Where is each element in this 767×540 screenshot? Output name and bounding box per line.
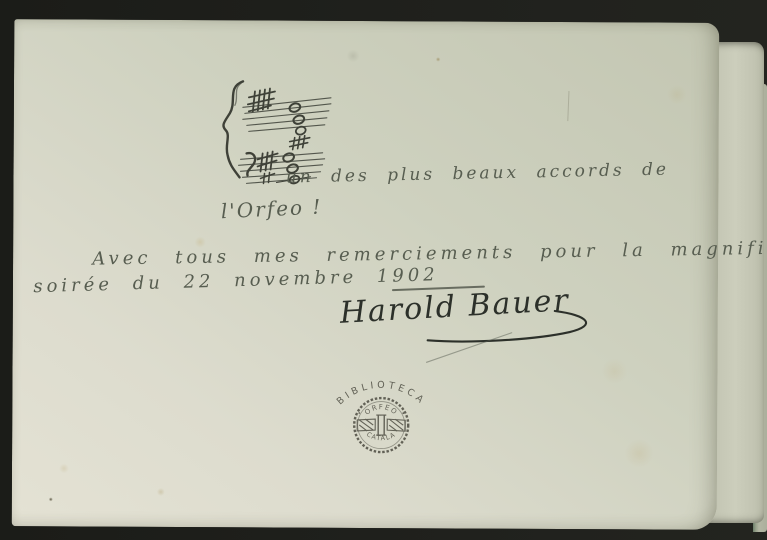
library-stamp: BIBLIOTECA ORFEO CATALA [321,372,446,483]
sharp-signs-upper [248,88,275,111]
inscription-line-1: un des plus beaux accords de [286,160,670,188]
signature-flourish [329,296,609,372]
scratch-mark [567,91,569,121]
stamp-seal-bottom-text: CATALA [365,430,397,442]
photo-frame: un des plus beaux accords de l'Orfeo ! A… [0,0,767,540]
stamp-seal: ORFEO CATALA [354,398,408,452]
album-page: un des plus beaux accords de l'Orfeo ! A… [12,19,720,530]
inscription-line-2: l'Orfeo ! [220,194,323,223]
stamp-emblem-icon [357,412,405,435]
grand-staff-brace-icon [223,81,243,177]
sharp-signs-middle [290,136,310,150]
